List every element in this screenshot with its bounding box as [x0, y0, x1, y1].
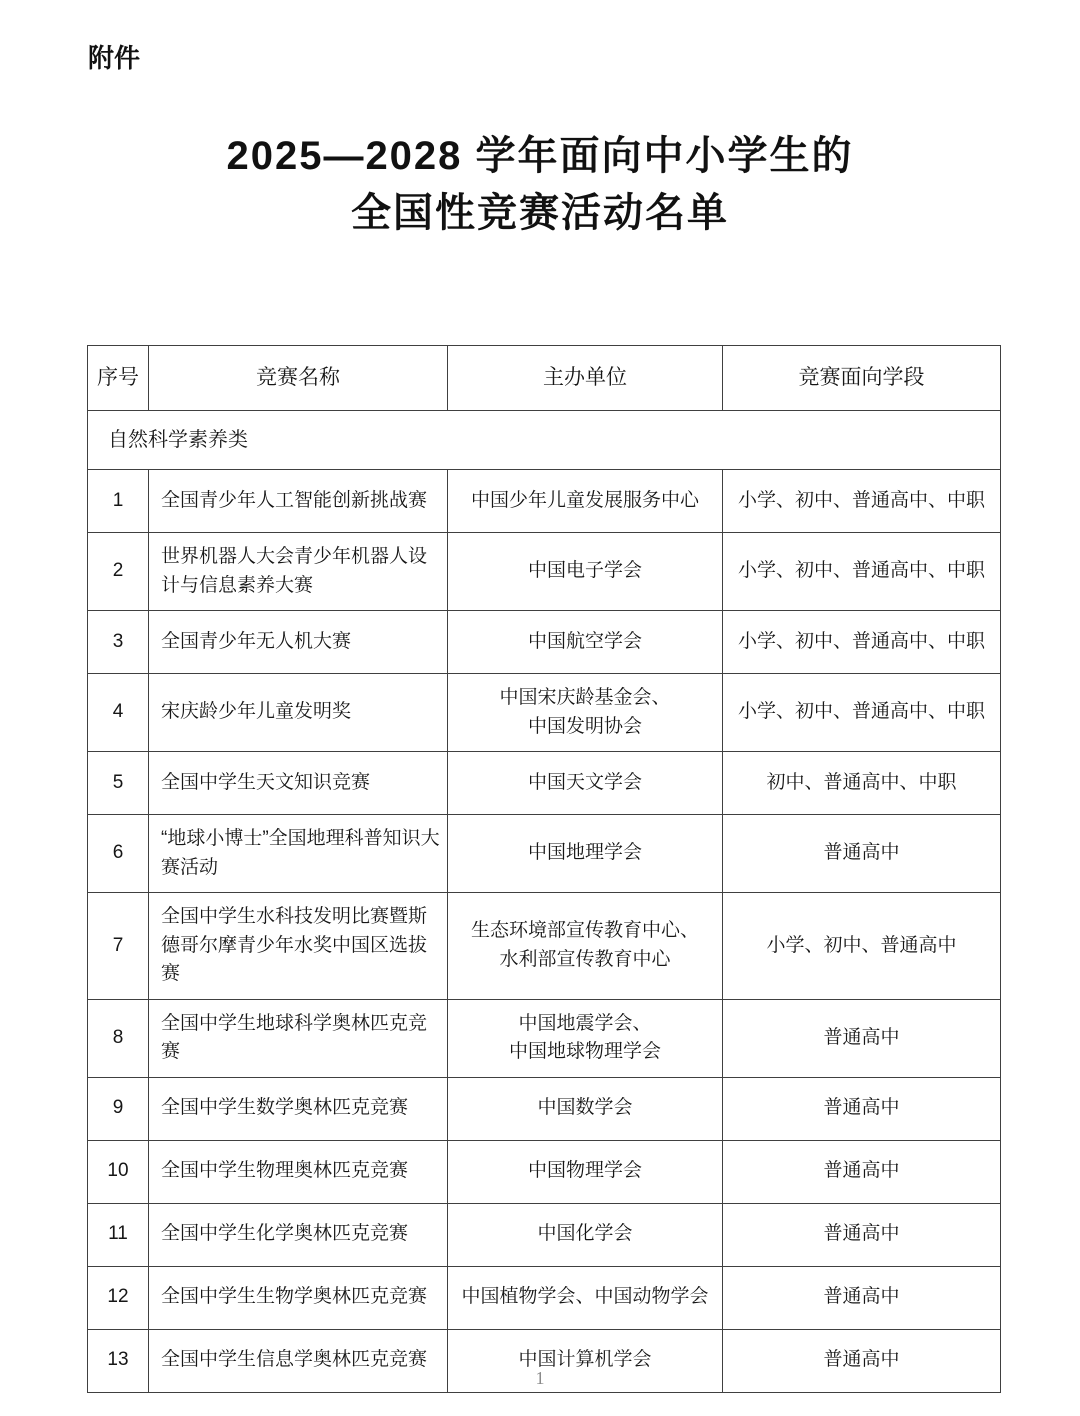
organizer-cell: 中国化学会	[448, 1203, 723, 1266]
document-title-line2: 全国性竞赛活动名单	[0, 185, 1080, 242]
competition-name-cell: 全国中学生地球科学奥林匹克竞赛	[149, 999, 448, 1077]
row-index-cell: 10	[88, 1140, 149, 1203]
organizer-cell: 中国宋庆龄基金会、 中国发明协会	[448, 674, 723, 752]
row-index-cell: 7	[88, 893, 149, 1000]
table-row: 6 “地球小博士”全国地理科普知识大赛活动 中国地理学会 普通高中	[88, 815, 1001, 893]
competition-name-cell: 全国青少年人工智能创新挑战赛	[149, 470, 448, 533]
competition-name-cell: “地球小博士”全国地理科普知识大赛活动	[149, 815, 448, 893]
table-row: 5 全国中学生天文知识竞赛 中国天文学会 初中、普通高中、中职	[88, 752, 1001, 815]
category-row: 自然科学素养类	[88, 411, 1001, 470]
stage-cell: 初中、普通高中、中职	[723, 752, 1001, 815]
stage-cell: 普通高中	[723, 815, 1001, 893]
table-row: 3 全国青少年无人机大赛 中国航空学会 小学、初中、普通高中、中职	[88, 611, 1001, 674]
row-index-cell: 3	[88, 611, 149, 674]
row-index-cell: 4	[88, 674, 149, 752]
table-row: 7 全国中学生水科技发明比赛暨斯德哥尔摩青少年水奖中国区选拔赛 生态环境部宣传教…	[88, 893, 1001, 1000]
header-serial-number: 序号	[88, 346, 149, 411]
header-competition-name: 竞赛名称	[149, 346, 448, 411]
stage-cell: 普通高中	[723, 1203, 1001, 1266]
competition-name-cell: 全国中学生天文知识竞赛	[149, 752, 448, 815]
stage-cell: 普通高中	[723, 1266, 1001, 1329]
competition-name-cell: 宋庆龄少年儿童发明奖	[149, 674, 448, 752]
page-number: 1	[0, 1368, 1080, 1389]
organizer-cell: 中国地理学会	[448, 815, 723, 893]
table-row: 2 世界机器人大会青少年机器人设计与信息素养大赛 中国电子学会 小学、初中、普通…	[88, 533, 1001, 611]
table-row: 11 全国中学生化学奥林匹克竞赛 中国化学会 普通高中	[88, 1203, 1001, 1266]
competition-name-cell: 全国中学生水科技发明比赛暨斯德哥尔摩青少年水奖中国区选拔赛	[149, 893, 448, 1000]
competition-name-cell: 全国中学生化学奥林匹克竞赛	[149, 1203, 448, 1266]
stage-cell: 小学、初中、普通高中、中职	[723, 470, 1001, 533]
competition-name-cell: 全国中学生数学奥林匹克竞赛	[149, 1077, 448, 1140]
table-row: 8 全国中学生地球科学奥林匹克竞赛 中国地震学会、 中国地球物理学会 普通高中	[88, 999, 1001, 1077]
document-title: 2025—2028 学年面向中小学生的 全国性竞赛活动名单	[0, 128, 1080, 242]
row-index-cell: 8	[88, 999, 149, 1077]
attachment-label: 附件	[88, 38, 140, 75]
category-label: 自然科学素养类	[88, 411, 1001, 470]
header-organizer: 主办单位	[448, 346, 723, 411]
row-index-cell: 12	[88, 1266, 149, 1329]
table-row: 9 全国中学生数学奥林匹克竞赛 中国数学会 普通高中	[88, 1077, 1001, 1140]
table-row: 12 全国中学生生物学奥林匹克竞赛 中国植物学会、中国动物学会 普通高中	[88, 1266, 1001, 1329]
row-index-cell: 1	[88, 470, 149, 533]
row-index-cell: 6	[88, 815, 149, 893]
document-page: 附件 2025—2028 学年面向中小学生的 全国性竞赛活动名单 序号 竞赛名称…	[0, 0, 1080, 1416]
stage-cell: 小学、初中、普通高中	[723, 893, 1001, 1000]
organizer-cell: 中国数学会	[448, 1077, 723, 1140]
competition-name-cell: 全国青少年无人机大赛	[149, 611, 448, 674]
organizer-cell: 中国航空学会	[448, 611, 723, 674]
organizer-cell: 中国物理学会	[448, 1140, 723, 1203]
competition-name-cell: 世界机器人大会青少年机器人设计与信息素养大赛	[149, 533, 448, 611]
row-index-cell: 2	[88, 533, 149, 611]
organizer-cell: 中国植物学会、中国动物学会	[448, 1266, 723, 1329]
table-row: 10 全国中学生物理奥林匹克竞赛 中国物理学会 普通高中	[88, 1140, 1001, 1203]
stage-cell: 小学、初中、普通高中、中职	[723, 674, 1001, 752]
table-header-row: 序号 竞赛名称 主办单位 竞赛面向学段	[88, 346, 1001, 411]
competition-name-cell: 全国中学生物理奥林匹克竞赛	[149, 1140, 448, 1203]
table-row: 4 宋庆龄少年儿童发明奖 中国宋庆龄基金会、 中国发明协会 小学、初中、普通高中…	[88, 674, 1001, 752]
row-index-cell: 5	[88, 752, 149, 815]
stage-cell: 普通高中	[723, 1140, 1001, 1203]
organizer-cell: 中国天文学会	[448, 752, 723, 815]
document-title-line1: 2025—2028 学年面向中小学生的	[0, 128, 1080, 185]
organizer-cell: 生态环境部宣传教育中心、 水利部宣传教育中心	[448, 893, 723, 1000]
stage-cell: 小学、初中、普通高中、中职	[723, 533, 1001, 611]
stage-cell: 小学、初中、普通高中、中职	[723, 611, 1001, 674]
stage-cell: 普通高中	[723, 1077, 1001, 1140]
header-target-stage: 竞赛面向学段	[723, 346, 1001, 411]
competition-table: 序号 竞赛名称 主办单位 竞赛面向学段 自然科学素养类 1 全国青少年人工智能创…	[87, 345, 1001, 1393]
row-index-cell: 11	[88, 1203, 149, 1266]
table-row: 1 全国青少年人工智能创新挑战赛 中国少年儿童发展服务中心 小学、初中、普通高中…	[88, 470, 1001, 533]
competition-name-cell: 全国中学生生物学奥林匹克竞赛	[149, 1266, 448, 1329]
row-index-cell: 9	[88, 1077, 149, 1140]
organizer-cell: 中国地震学会、 中国地球物理学会	[448, 999, 723, 1077]
organizer-cell: 中国少年儿童发展服务中心	[448, 470, 723, 533]
organizer-cell: 中国电子学会	[448, 533, 723, 611]
stage-cell: 普通高中	[723, 999, 1001, 1077]
